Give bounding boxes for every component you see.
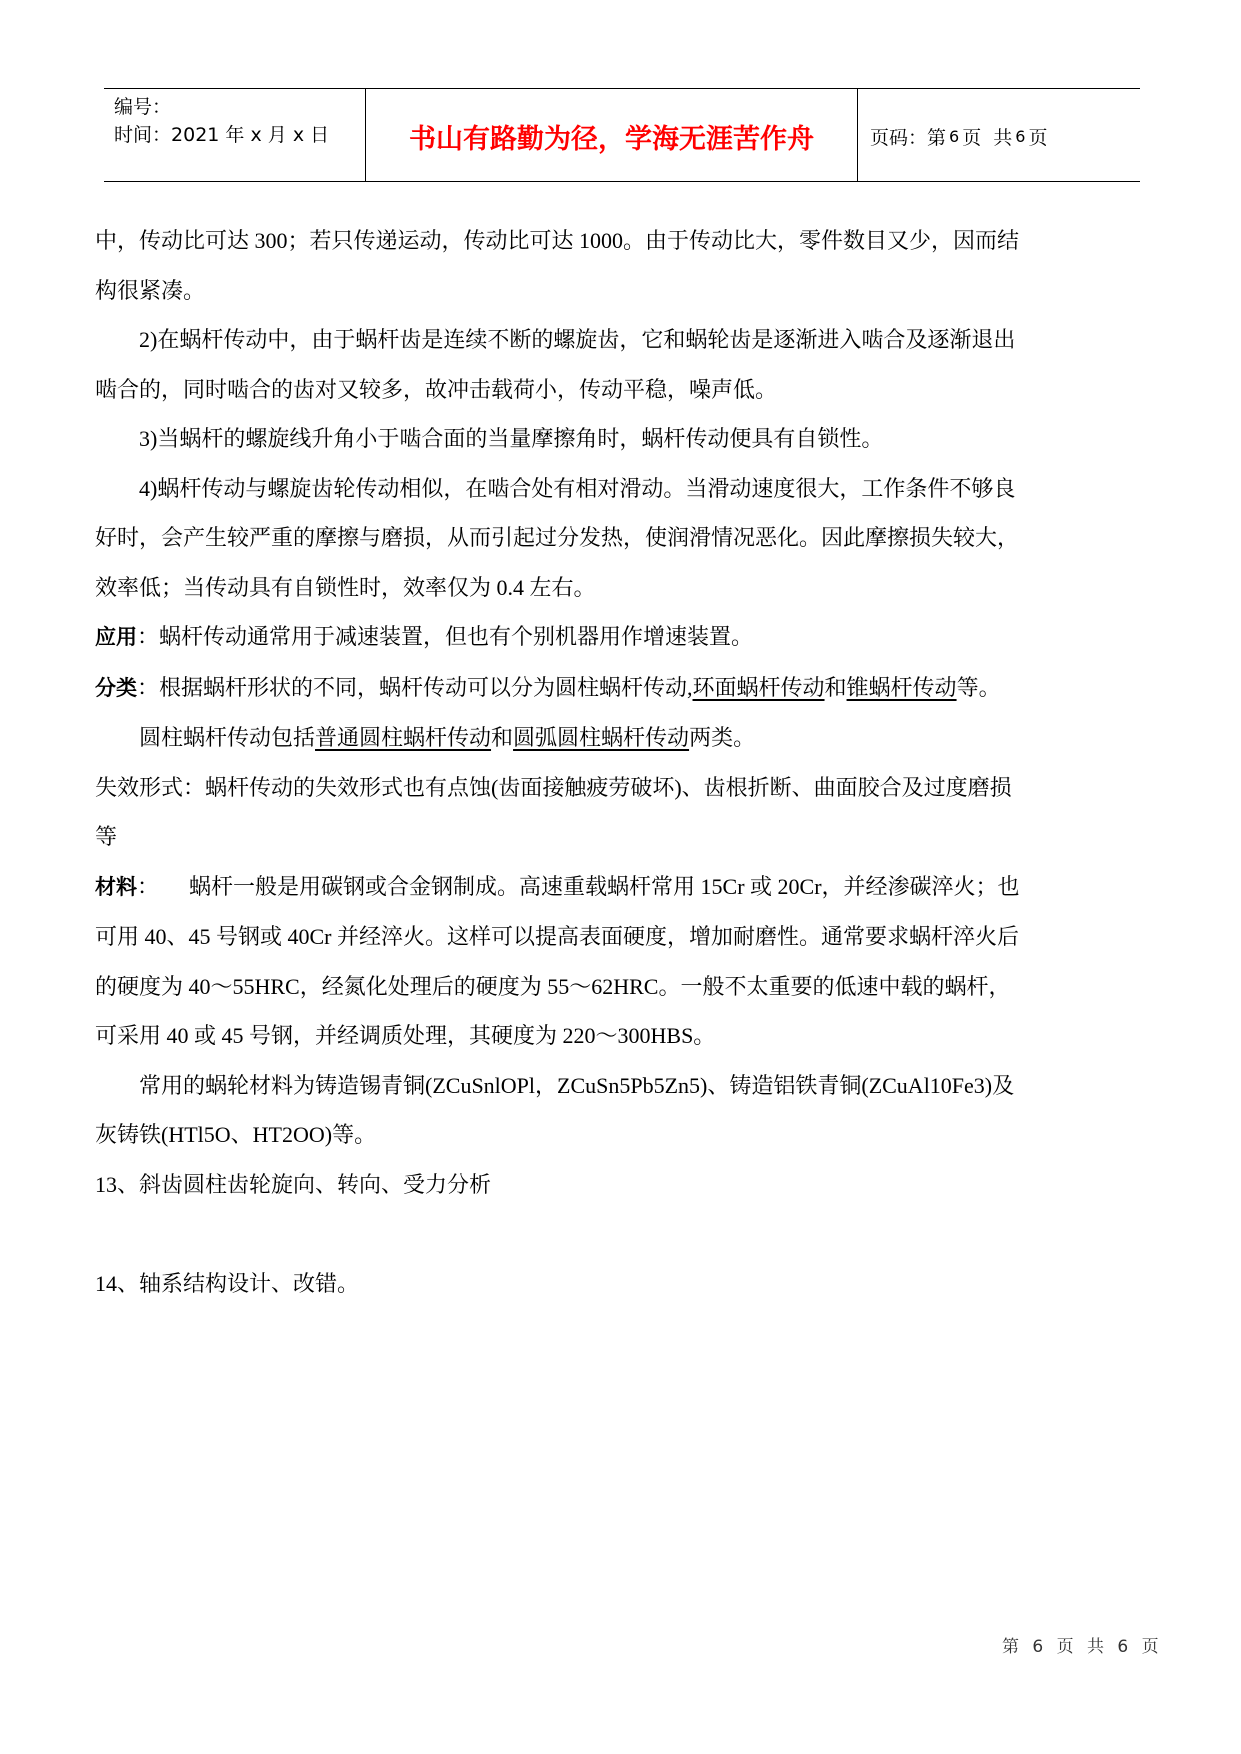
classification-text: ：根据蜗杆形状的不同，蜗杆传动可以分为圆柱蜗杆传动, [137, 675, 693, 700]
document-header: 编号： 时间：2021 年 x 月 x 日 书山有路勤为径，学海无涯苦作舟 页码… [104, 88, 1140, 182]
date-day-suffix: 日 [304, 124, 329, 146]
page-prefix: 页码：第 [870, 123, 946, 150]
cylindrical-text: 圆柱蜗杆传动包括 [139, 725, 315, 750]
page-footer: 第 6 页 共 6 页 [1002, 1632, 1161, 1657]
header-page-number: 页码：第6页 共6页 [858, 89, 1140, 181]
header-meta-cell: 编号： 时间：2021 年 x 月 x 日 [104, 89, 366, 181]
date-label: 时间： [114, 124, 171, 146]
link-cone-worm[interactable]: 锥蜗杆传动 [847, 675, 957, 700]
paragraph-line: 效率低；当传动具有自锁性时，效率仅为 0.4 左右。 [95, 563, 1143, 613]
page-suffix: 页 [1028, 123, 1047, 150]
paragraph-line: 构很紧凑。 [95, 266, 1143, 316]
material-text: 蜗杆一般是用碳钢或合金钢制成。高速重载蜗杆常用 15Cr 或 20Cr，并经渗碳… [189, 874, 1020, 899]
paragraph-line: 的硬度为 40～55HRC，经氮化处理后的硬度为 55～62HRC。一般不太重要… [95, 962, 1143, 1012]
paragraph-line: 4)蜗杆传动与螺旋齿轮传动相似，在啮合处有相对滑动。当滑动速度很大，工作条件不够… [95, 464, 1143, 514]
date-month: x [250, 124, 261, 146]
application-text: ：蜗杆传动通常用于减速装置，但也有个别机器用作增速装置。 [137, 624, 753, 649]
classification-end: 等。 [957, 675, 1001, 700]
link-toroidal-worm[interactable]: 环面蜗杆传动 [693, 675, 825, 700]
page-mid: 页 共 [962, 123, 1012, 150]
paragraph-line: 常用的蜗轮材料为铸造锡青铜(ZCuSnlOPl，ZCuSn5Pb5Zn5)、铸造… [95, 1061, 1143, 1111]
item-14: 14、轴系结构设计、改错。 [95, 1259, 1143, 1309]
cylindrical-paragraph: 圆柱蜗杆传动包括普通圆柱蜗杆传动和圆弧圆柱蜗杆传动两类。 [95, 713, 1143, 763]
link-ordinary-cylindrical-worm[interactable]: 普通圆柱蜗杆传动 [315, 725, 491, 750]
classification-paragraph: 分类：根据蜗杆形状的不同，蜗杆传动可以分为圆柱蜗杆传动,环面蜗杆传动和锥蜗杆传动… [95, 663, 1143, 714]
paragraph-line: 等 [95, 812, 1143, 862]
paragraph-line: 灰铸铁(HTl5O、HT2OO)等。 [95, 1110, 1143, 1160]
application-label: 应用 [95, 625, 137, 649]
page-total: 6 [1015, 127, 1025, 146]
date-year: 2021 [171, 124, 219, 146]
paragraph-line: 2)在蜗杆传动中，由于蜗杆齿是连续不断的螺旋齿，它和蜗轮齿是逐渐进入啮合及逐渐退… [95, 315, 1143, 365]
conjunction: 和 [825, 675, 847, 700]
link-arc-cylindrical-worm[interactable]: 圆弧圆柱蜗杆传动 [513, 725, 689, 750]
date-day: x [293, 124, 304, 146]
paragraph-line: 可采用 40 或 45 号钢，并经调质处理，其硬度为 220～300HBS。 [95, 1011, 1143, 1061]
paragraph-line: 好时，会产生较严重的摩擦与磨损，从而引起过分发热，使润滑情况恶化。因此摩擦损失较… [95, 513, 1143, 563]
document-body: 中，传动比可达 300；若只传递运动，传动比可达 1000。由于传动比大，零件数… [95, 216, 1143, 1308]
paragraph-line: 3)当蜗杆的螺旋线升角小于啮合面的当量摩擦角时，蜗杆传动便具有自锁性。 [95, 414, 1143, 464]
paragraph-line: 中，传动比可达 300；若只传递运动，传动比可达 1000。由于传动比大，零件数… [95, 216, 1143, 266]
page-current: 6 [949, 127, 959, 146]
paragraph-line: 失效形式：蜗杆传动的失效形式也有点蚀(齿面接触疲劳破坏)、齿根折断、曲面胶合及过… [95, 763, 1143, 813]
application-paragraph: 应用：蜗杆传动通常用于减速装置，但也有个别机器用作增速装置。 [95, 612, 1143, 663]
blank-line [95, 1209, 1143, 1259]
serial-label: 编号： [114, 93, 365, 121]
paragraph-line: 啮合的，同时啮合的齿对又较多，故冲击载荷小，传动平稳，噪声低。 [95, 365, 1143, 415]
paragraph-line: 可用 40、45 号钢或 40Cr 并经淬火。这样可以提高表面硬度，增加耐磨性。… [95, 912, 1143, 962]
material-colon: ： [137, 874, 159, 899]
date-year-suffix: 年 [219, 124, 250, 146]
material-label: 材料 [95, 875, 137, 899]
header-motto: 书山有路勤为径，学海无涯苦作舟 [366, 89, 858, 181]
material-paragraph: 材料：蜗杆一般是用碳钢或合金钢制成。高速重载蜗杆常用 15Cr 或 20Cr，并… [95, 862, 1143, 913]
cylindrical-end: 两类。 [689, 725, 755, 750]
classification-label: 分类 [95, 676, 137, 700]
conjunction: 和 [491, 725, 513, 750]
date-month-suffix: 月 [262, 124, 293, 146]
item-13: 13、斜齿圆柱齿轮旋向、转向、受力分析 [95, 1160, 1143, 1210]
date-line: 时间：2021 年 x 月 x 日 [114, 121, 365, 149]
